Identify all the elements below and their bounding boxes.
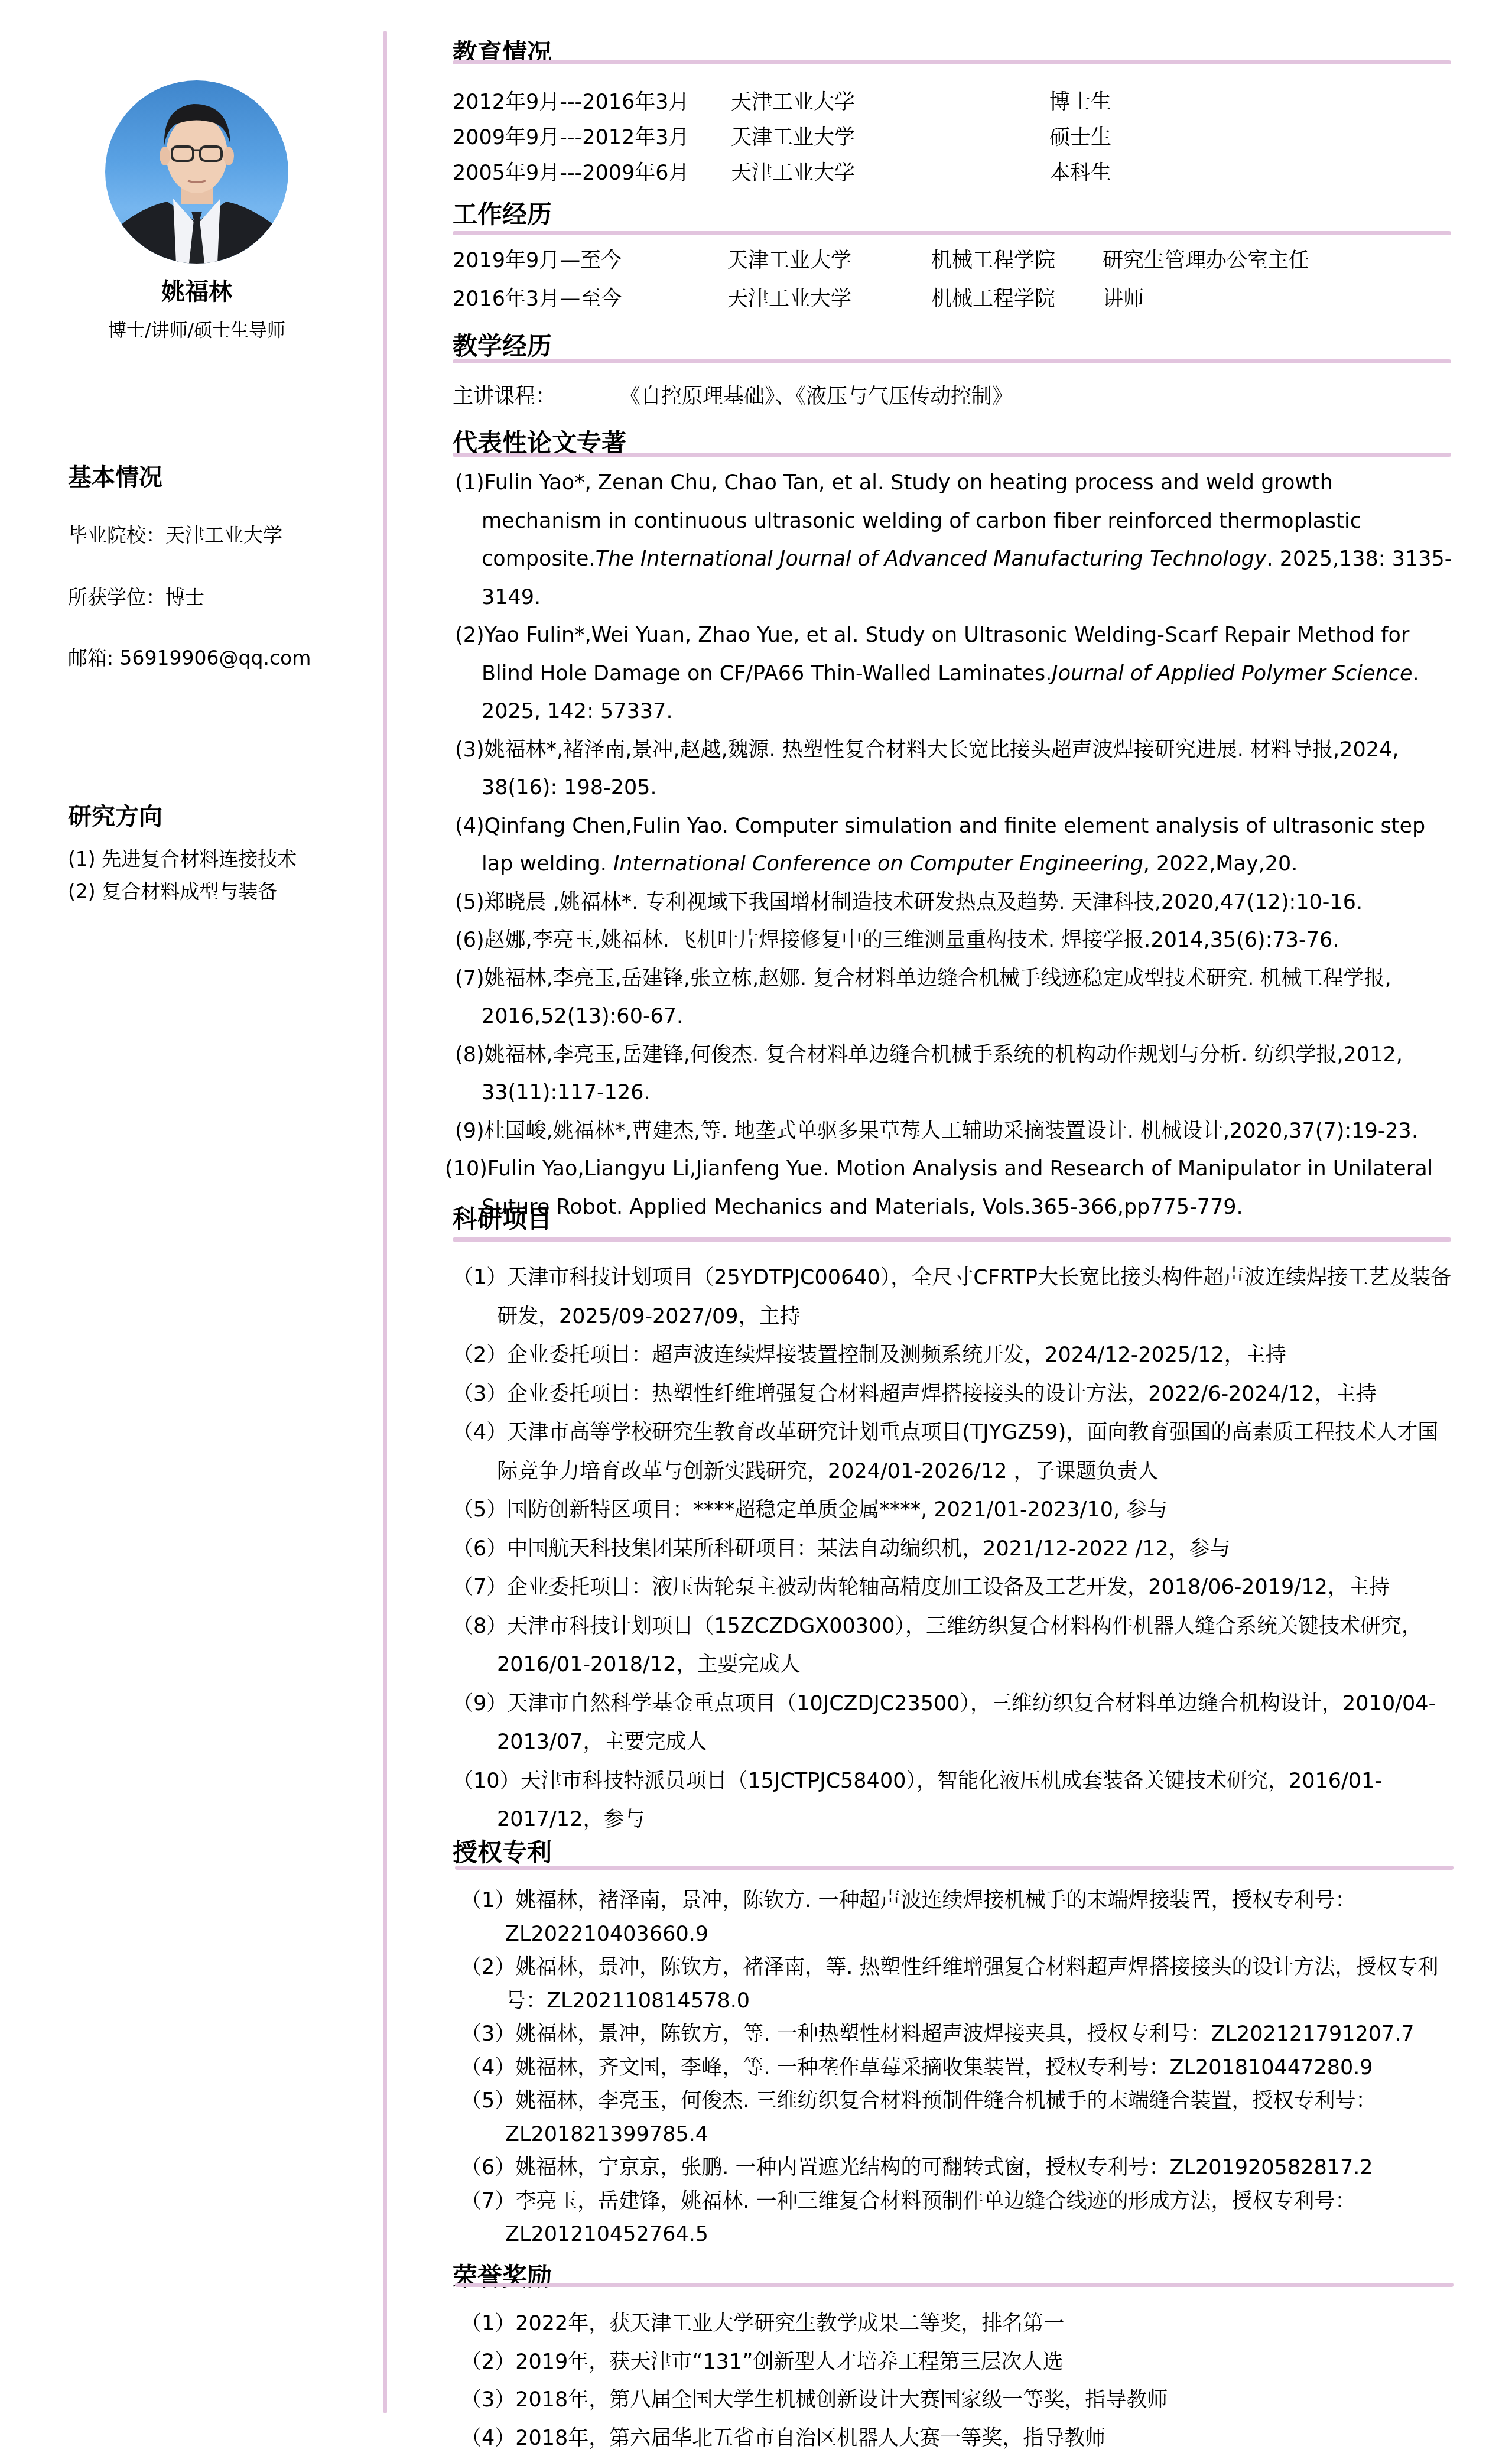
degree-label: 所获学位： <box>68 586 165 609</box>
course-label: 主讲课程： <box>453 380 556 410</box>
publication-item: (5)郑晓晨 ,姚福林*. 专利视域下我国增材制造技术研发热点及趋势. 天津科技… <box>455 883 1454 922</box>
section-divider <box>455 2283 1454 2287</box>
patent-item: （4）姚福林，齐文国，李峰，等. 一种垄作草莓采摘收集装置，授权专利号：ZL20… <box>461 2051 1454 2085</box>
edu-period: 2009年9月---2012年3月 <box>453 121 690 151</box>
award-item: （4）2018年，第六届华北五省市自治区机器人大赛一等奖，指导教师 <box>461 2419 1454 2456</box>
edu-period: 2005年9月---2009年6月 <box>453 157 690 186</box>
edu-degree: 博士生 <box>1049 86 1111 115</box>
edu-degree: 硕士生 <box>1049 121 1111 151</box>
section-divider <box>453 1237 1451 1242</box>
project-item: （5）国防创新特区项目：****超稳定单质金属****, 2021/01-202… <box>453 1491 1457 1530</box>
project-item: （9）天津市自然科学基金重点项目（10JCZDJC23500），三维纺织复合材料… <box>453 1685 1457 1762</box>
avatar <box>105 80 288 264</box>
patent-list: （1）姚福林，褚泽南，景冲，陈钦方. 一种超声波连续焊接机械手的末端焊接装置，授… <box>461 1884 1454 2252</box>
work-role: 研究生管理办公室主任 <box>1103 244 1309 274</box>
awards-heading: 荣誉奖励 <box>453 2257 552 2293</box>
section-divider <box>455 1866 1454 1870</box>
basic-info-heading: 基本情况 <box>68 459 162 492</box>
edu-school: 天津工业大学 <box>731 86 855 115</box>
project-item: （3）企业委托项目：热塑性纤维增强复合材料超声焊搭接接头的设计方法，2022/6… <box>453 1375 1457 1414</box>
profile-title: 博士/讲师/硕士生导师 <box>0 315 394 342</box>
project-item: （7）企业委托项目：液压齿轮泵主被动齿轮轴高精度加工设备及工艺开发，2018/0… <box>453 1568 1457 1607</box>
project-item: （6）中国航天科技集团某所科研项目：某法自动编织机，2021/12-2022 /… <box>453 1530 1457 1569</box>
projects-heading: 科研项目 <box>453 1200 552 1235</box>
degree-info: 所获学位：博士 <box>68 582 204 610</box>
patent-item: （7）李亮玉，岳建锋，姚福林. 一种三维复合材料预制件单边缝合线迹的形成方法，授… <box>461 2185 1454 2252</box>
publication-list: (1)Fulin Yao*, Zenan Chu, Chao Tan, et a… <box>455 464 1454 1226</box>
email-value[interactable]: 56919906@qq.com <box>120 647 311 670</box>
research-item: (1) 先进复合材料连接技术 <box>68 844 297 872</box>
email-label: 邮箱: <box>68 647 120 670</box>
publication-item: (9)杜国峻,姚福林*,曹建杰,等. 地垄式单驱多果草莓人工辅助采摘装置设计. … <box>455 1112 1454 1151</box>
degree-value: 博士 <box>165 586 204 609</box>
patents-heading: 授权专利 <box>453 1833 552 1869</box>
section-divider <box>453 359 1451 363</box>
work-org: 天津工业大学 <box>727 282 851 312</box>
project-list: （1）天津市科技计划项目（25YDTPJC00640），全尺寸CFRTP大长宽比… <box>453 1259 1457 1840</box>
patent-item: （2）姚福林，景冲，陈钦方，褚泽南，等. 热塑性纤维增强复合材料超声焊搭接接头的… <box>461 1951 1454 2018</box>
school-value: 天津工业大学 <box>165 524 282 547</box>
edu-school: 天津工业大学 <box>731 121 855 151</box>
work-period: 2016年3月—至今 <box>453 282 622 312</box>
publication-item: (10)Fulin Yao,Liangyu Li,Jianfeng Yue. M… <box>455 1150 1454 1226</box>
work-dept: 机械工程学院 <box>931 282 1055 312</box>
edu-school: 天津工业大学 <box>731 157 855 186</box>
publication-item: (7)姚福林,李亮玉,岳建锋,张立栋,赵娜. 复合材料单边缝合机械手线迹稳定成型… <box>455 960 1454 1036</box>
award-list: （1）2022年，获天津工业大学研究生教学成果二等奖，排名第一 （2）2019年… <box>461 2305 1454 2456</box>
edu-degree: 本科生 <box>1049 157 1111 186</box>
work-org: 天津工业大学 <box>727 244 851 274</box>
award-item: （1）2022年，获天津工业大学研究生教学成果二等奖，排名第一 <box>461 2305 1454 2343</box>
publication-item: (1)Fulin Yao*, Zenan Chu, Chao Tan, et a… <box>455 464 1454 616</box>
work-heading: 工作经历 <box>453 195 552 230</box>
patent-item: （3）姚福林，景冲，陈钦方，等. 一种热塑性材料超声波焊接夹具，授权专利号：ZL… <box>461 2018 1454 2051</box>
school-info: 毕业院校：天津工业大学 <box>68 520 282 548</box>
work-period: 2019年9月—至今 <box>453 244 622 274</box>
teaching-heading: 教学经历 <box>453 327 552 362</box>
course-list: 《自控原理基础》、《液压与气压传动控制》 <box>620 380 1013 410</box>
project-item: （1）天津市科技计划项目（25YDTPJC00640），全尺寸CFRTP大长宽比… <box>453 1259 1457 1336</box>
work-dept: 机械工程学院 <box>931 244 1055 274</box>
award-item: （3）2018年，第八届全国大学生机械创新设计大赛国家级一等奖，指导教师 <box>461 2381 1454 2419</box>
column-divider <box>383 31 387 2413</box>
section-divider <box>453 60 1451 64</box>
school-label: 毕业院校： <box>68 524 165 547</box>
patent-item: （5）姚福林，李亮玉，何俊杰. 三维纺织复合材料预制件缝合机械手的末端缝合装置，… <box>461 2084 1454 2151</box>
publication-item: (2)Yao Fulin*,Wei Yuan, Zhao Yue, et al.… <box>455 616 1454 731</box>
patent-item: （6）姚福林，宁京京，张鹏. 一种内置遮光结构的可翻转式窗，授权专利号：ZL20… <box>461 2151 1454 2185</box>
research-item: (2) 复合材料成型与装备 <box>68 876 277 904</box>
profile-name: 姚福林 <box>0 273 394 307</box>
project-item: （4）天津市高等学校研究生教育改革研究计划重点项目(TJYGZ59)，面向教育强… <box>453 1414 1457 1491</box>
project-item: （2）企业委托项目：超声波连续焊接装置控制及测频系统开发，2024/12-202… <box>453 1336 1457 1375</box>
publication-item: (6)赵娜,李亮玉,姚福林. 飞机叶片焊接修复中的三维测量重构技术. 焊接学报.… <box>455 921 1454 960</box>
patent-item: （1）姚福林，褚泽南，景冲，陈钦方. 一种超声波连续焊接机械手的末端焊接装置，授… <box>461 1884 1454 1951</box>
award-item: （2）2019年，获天津市“131”创新型人才培养工程第三层次人选 <box>461 2343 1454 2382</box>
publication-item: (3)姚福林*,褚泽南,景冲,赵越,魏源. 热塑性复合材料大长宽比接头超声波焊接… <box>455 731 1454 807</box>
section-divider <box>453 231 1451 235</box>
research-heading: 研究方向 <box>68 798 162 831</box>
portrait-icon <box>105 80 288 264</box>
publication-item: (8)姚福林,李亮玉,岳建锋,何俊杰. 复合材料单边缝合机械手系统的机构动作规划… <box>455 1036 1454 1112</box>
section-divider <box>453 453 1451 457</box>
work-role: 讲师 <box>1103 282 1144 312</box>
edu-period: 2012年9月---2016年3月 <box>453 86 690 115</box>
project-item: （8）天津市科技计划项目（15ZCZDGX00300），三维纺织复合材料构件机器… <box>453 1607 1457 1685</box>
publication-item: (4)Qinfang Chen,Fulin Yao. Computer simu… <box>455 807 1454 883</box>
project-item: （10）天津市科技特派员项目（15JCTPJC58400），智能化液压机成套装备… <box>453 1762 1457 1840</box>
email-info: 邮箱: 56919906@qq.com <box>68 643 311 671</box>
